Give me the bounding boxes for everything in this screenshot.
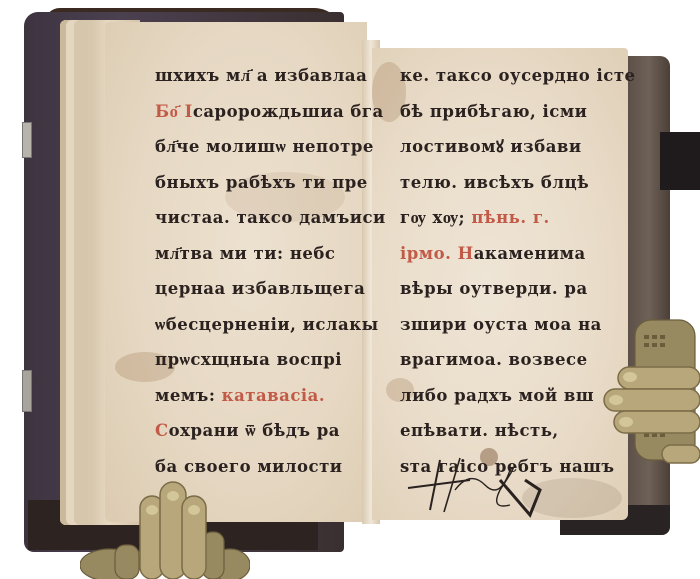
text-line: ірмо. Накаменима <box>400 236 636 272</box>
text-line: вѣры оутверди. ра <box>400 271 636 307</box>
right-brass-hand-holder <box>600 315 700 470</box>
text-line: чистаа. таксо дамъиси <box>155 200 386 236</box>
text-line: шхихъ мл҃ а избавлаа <box>155 58 386 94</box>
text-line: Бо҃ Ісаророждьшиа бга <box>155 94 386 130</box>
metal-clasp-lower <box>22 370 32 412</box>
text-line: мемъ: катавасіа. <box>155 378 386 414</box>
text-line: бѣ прибѣгаю, ісми <box>400 94 636 130</box>
text-line: телю. ивсѣхъ блцѣ <box>400 165 636 201</box>
signature-scribble-icon <box>400 450 560 520</box>
text-line: ѡбесцерненіи, ислакы <box>155 307 386 343</box>
metal-clasp-upper <box>22 122 32 158</box>
text-line: Сохрани ѿ бѣдъ ра <box>155 413 386 449</box>
text-line: бныхъ рабѣхъ ти пре <box>155 165 386 201</box>
text-line: гѹ хѹ; пѣнь. г. <box>400 200 636 236</box>
leather-strap <box>660 132 700 190</box>
text-line: цернаа избавльщега <box>155 271 386 307</box>
left-page-text: шхихъ мл҃ а избавлаа Бо҃ Ісаророждьшиа б… <box>155 58 386 484</box>
bottom-brass-hand-holder <box>80 470 250 579</box>
text-line: бл҃че молишѡ непотре <box>155 129 386 165</box>
text-line: мл҃тва ми ти: небс <box>155 236 386 272</box>
text-line: лостивомꙋ избави <box>400 129 636 165</box>
text-line: прѡсхщныа воспрі <box>155 342 386 378</box>
text-line: ке. таксо оусердно істе <box>400 58 636 94</box>
